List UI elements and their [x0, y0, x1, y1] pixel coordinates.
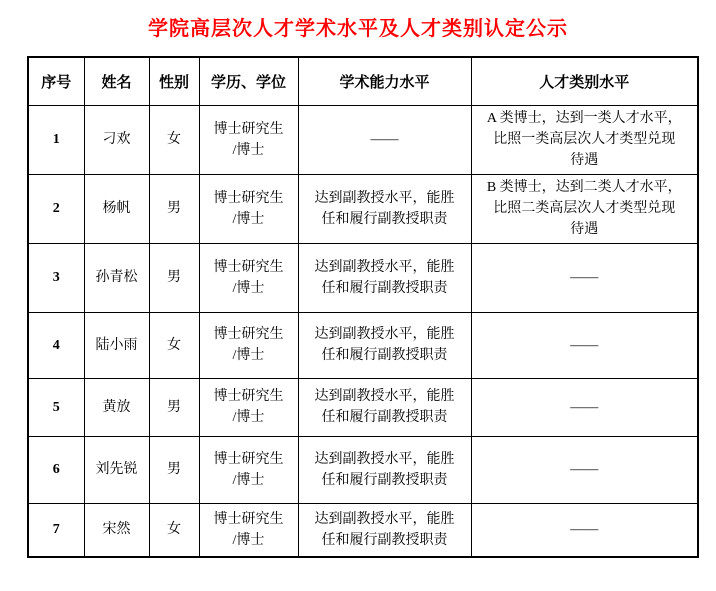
cell-degree: 博士研究生 /博士	[199, 503, 298, 557]
cell-no: 2	[28, 174, 84, 243]
header-no: 序号	[28, 57, 84, 105]
cell-academic: 达到副教授水平，能胜 任和履行副教授职责	[298, 378, 471, 436]
cell-degree: 博士研究生 /博士	[199, 378, 298, 436]
talent-table: 序号 姓名 性别 学历、学位 学术能力水平 人才类别水平 1 刁欢 女 博士研究…	[27, 56, 699, 558]
cell-category: ——	[471, 378, 698, 436]
cell-no: 6	[28, 436, 84, 503]
table-row: 7 宋然 女 博士研究生 /博士 达到副教授水平，能胜 任和履行副教授职责 ——	[28, 503, 698, 557]
cell-name: 孙青松	[84, 243, 149, 312]
cell-gender: 女	[149, 105, 199, 174]
cell-degree: 博士研究生 /博士	[199, 105, 298, 174]
cell-academic: 达到副教授水平，能胜 任和履行副教授职责	[298, 436, 471, 503]
table-row: 2 杨帆 男 博士研究生 /博士 达到副教授水平，能胜 任和履行副教授职责 B …	[28, 174, 698, 243]
cell-category: ——	[471, 243, 698, 312]
cell-gender: 男	[149, 174, 199, 243]
cell-name: 黄放	[84, 378, 149, 436]
cell-degree: 博士研究生 /博士	[199, 312, 298, 378]
table-row: 6 刘先锐 男 博士研究生 /博士 达到副教授水平，能胜 任和履行副教授职责 —…	[28, 436, 698, 503]
header-row: 序号 姓名 性别 学历、学位 学术能力水平 人才类别水平	[28, 57, 698, 105]
cell-no: 5	[28, 378, 84, 436]
cell-name: 宋然	[84, 503, 149, 557]
cell-gender: 女	[149, 503, 199, 557]
cell-name: 杨帆	[84, 174, 149, 243]
cell-degree: 博士研究生 /博士	[199, 174, 298, 243]
header-gender: 性别	[149, 57, 199, 105]
header-category: 人才类别水平	[471, 57, 698, 105]
table-row: 1 刁欢 女 博士研究生 /博士 —— A 类博士，达到一类人才水平， 比照一类…	[28, 105, 698, 174]
cell-degree: 博士研究生 /博士	[199, 243, 298, 312]
cell-academic: 达到副教授水平，能胜 任和履行副教授职责	[298, 503, 471, 557]
cell-category: ——	[471, 312, 698, 378]
cell-gender: 男	[149, 243, 199, 312]
cell-no: 1	[28, 105, 84, 174]
cell-name: 刁欢	[84, 105, 149, 174]
cell-category: A 类博士，达到一类人才水平， 比照一类高层次人才类型兑现 待遇	[471, 105, 698, 174]
header-academic: 学术能力水平	[298, 57, 471, 105]
cell-academic: ——	[298, 105, 471, 174]
cell-no: 3	[28, 243, 84, 312]
cell-gender: 男	[149, 378, 199, 436]
document-page: 学院高层次人才学术水平及人才类别认定公示 序号 姓名 性别 学历、学位 学术能力…	[0, 0, 716, 591]
cell-academic: 达到副教授水平，能胜 任和履行副教授职责	[298, 312, 471, 378]
header-degree: 学历、学位	[199, 57, 298, 105]
cell-gender: 女	[149, 312, 199, 378]
cell-academic: 达到副教授水平，能胜 任和履行副教授职责	[298, 243, 471, 312]
cell-no: 4	[28, 312, 84, 378]
cell-category: ——	[471, 436, 698, 503]
cell-category: B 类博士，达到二类人才水平， 比照二类高层次人才类型兑现 待遇	[471, 174, 698, 243]
cell-category: ——	[471, 503, 698, 557]
cell-name: 刘先锐	[84, 436, 149, 503]
table-row: 3 孙青松 男 博士研究生 /博士 达到副教授水平，能胜 任和履行副教授职责 —…	[28, 243, 698, 312]
cell-academic: 达到副教授水平，能胜 任和履行副教授职责	[298, 174, 471, 243]
cell-degree: 博士研究生 /博士	[199, 436, 298, 503]
cell-gender: 男	[149, 436, 199, 503]
page-title: 学院高层次人才学术水平及人才类别认定公示	[0, 0, 716, 56]
table-row: 5 黄放 男 博士研究生 /博士 达到副教授水平，能胜 任和履行副教授职责 ——	[28, 378, 698, 436]
cell-name: 陆小雨	[84, 312, 149, 378]
cell-no: 7	[28, 503, 84, 557]
table-row: 4 陆小雨 女 博士研究生 /博士 达到副教授水平，能胜 任和履行副教授职责 —…	[28, 312, 698, 378]
header-name: 姓名	[84, 57, 149, 105]
